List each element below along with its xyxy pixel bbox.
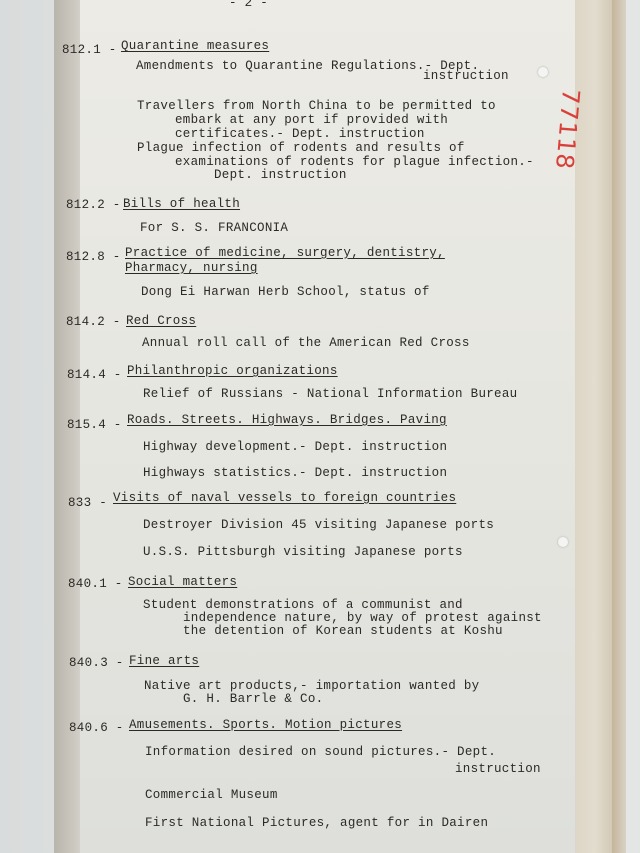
page-number: - 2 - [229,0,268,10]
section-title: Philanthropic organizations [127,364,338,378]
section-title: Bills of health [123,197,240,211]
section-title: Visits of naval vessels to foreign count… [113,491,456,505]
section-code: 815.4 - [67,418,122,432]
entry-line: Dept. instruction [214,168,347,182]
entry-line: embark at any port if provided with [175,113,448,127]
section-code: 840.3 - [69,656,124,670]
underlying-sheet-edge-2 [612,0,626,853]
entry-line: Student demonstrations of a communist an… [143,598,463,612]
entry-line: the detention of Korean students at Kosh… [183,624,503,638]
entry-line: Native art products,- importation wanted… [144,679,479,693]
entry-line: Travellers from North China to be permit… [137,99,496,113]
section-code: 814.4 - [67,368,122,382]
section-title: Fine arts [129,654,199,668]
entry-line: Annual roll call of the American Red Cro… [142,336,470,350]
entry-line: certificates.- Dept. instruction [175,127,425,141]
entry-line: instruction [455,762,541,776]
section-title: Red Cross [126,314,196,328]
section-title: Amusements. Sports. Motion pictures [129,718,402,732]
entry-line: Plague infection of rodents and results … [137,141,465,155]
section-code: 814.2 - [66,315,121,329]
entry-line: G. H. Barrle & Co. [183,692,323,706]
entry-line: Destroyer Division 45 visiting Japanese … [143,518,494,532]
section-title: Social matters [128,575,237,589]
punch-hole [558,537,568,547]
section-code: 840.1 - [68,577,123,591]
entry-line: instruction [423,69,509,83]
entry-line: Highway development.- Dept. instruction [143,440,447,454]
entry-line: independence nature, by way of protest a… [183,611,542,625]
entry-line: examinations of rodents for plague infec… [175,155,534,169]
entry-line: Dong Ei Harwan Herb School, status of [141,285,430,299]
entry-line: First National Pictures, agent for in Da… [145,816,488,830]
entry-line: U.S.S. Pittsburgh visiting Japanese port… [143,545,463,559]
section-title: Pharmacy, nursing [125,261,258,275]
entry-line: For S. S. FRANCONIA [140,221,288,235]
section-code: 812.2 - [66,198,121,212]
section-title: Roads. Streets. Highways. Bridges. Pavin… [127,413,447,427]
section-code: 812.8 - [66,250,121,264]
entry-line: Relief of Russians - National Informatio… [143,387,517,401]
section-title: Quarantine measures [121,39,269,53]
section-title: Practice of medicine, surgery, dentistry… [125,246,445,260]
section-code: 833 - [68,496,107,510]
section-code: 812.1 - [62,43,117,57]
entry-line: Commercial Museum [145,788,278,802]
entry-line: Information desired on sound pictures.- … [145,745,496,759]
background-surface [626,0,640,853]
section-code: 840.6 - [69,721,124,735]
entry-line: Highways statistics.- Dept. instruction [143,466,447,480]
punch-hole [538,67,548,77]
